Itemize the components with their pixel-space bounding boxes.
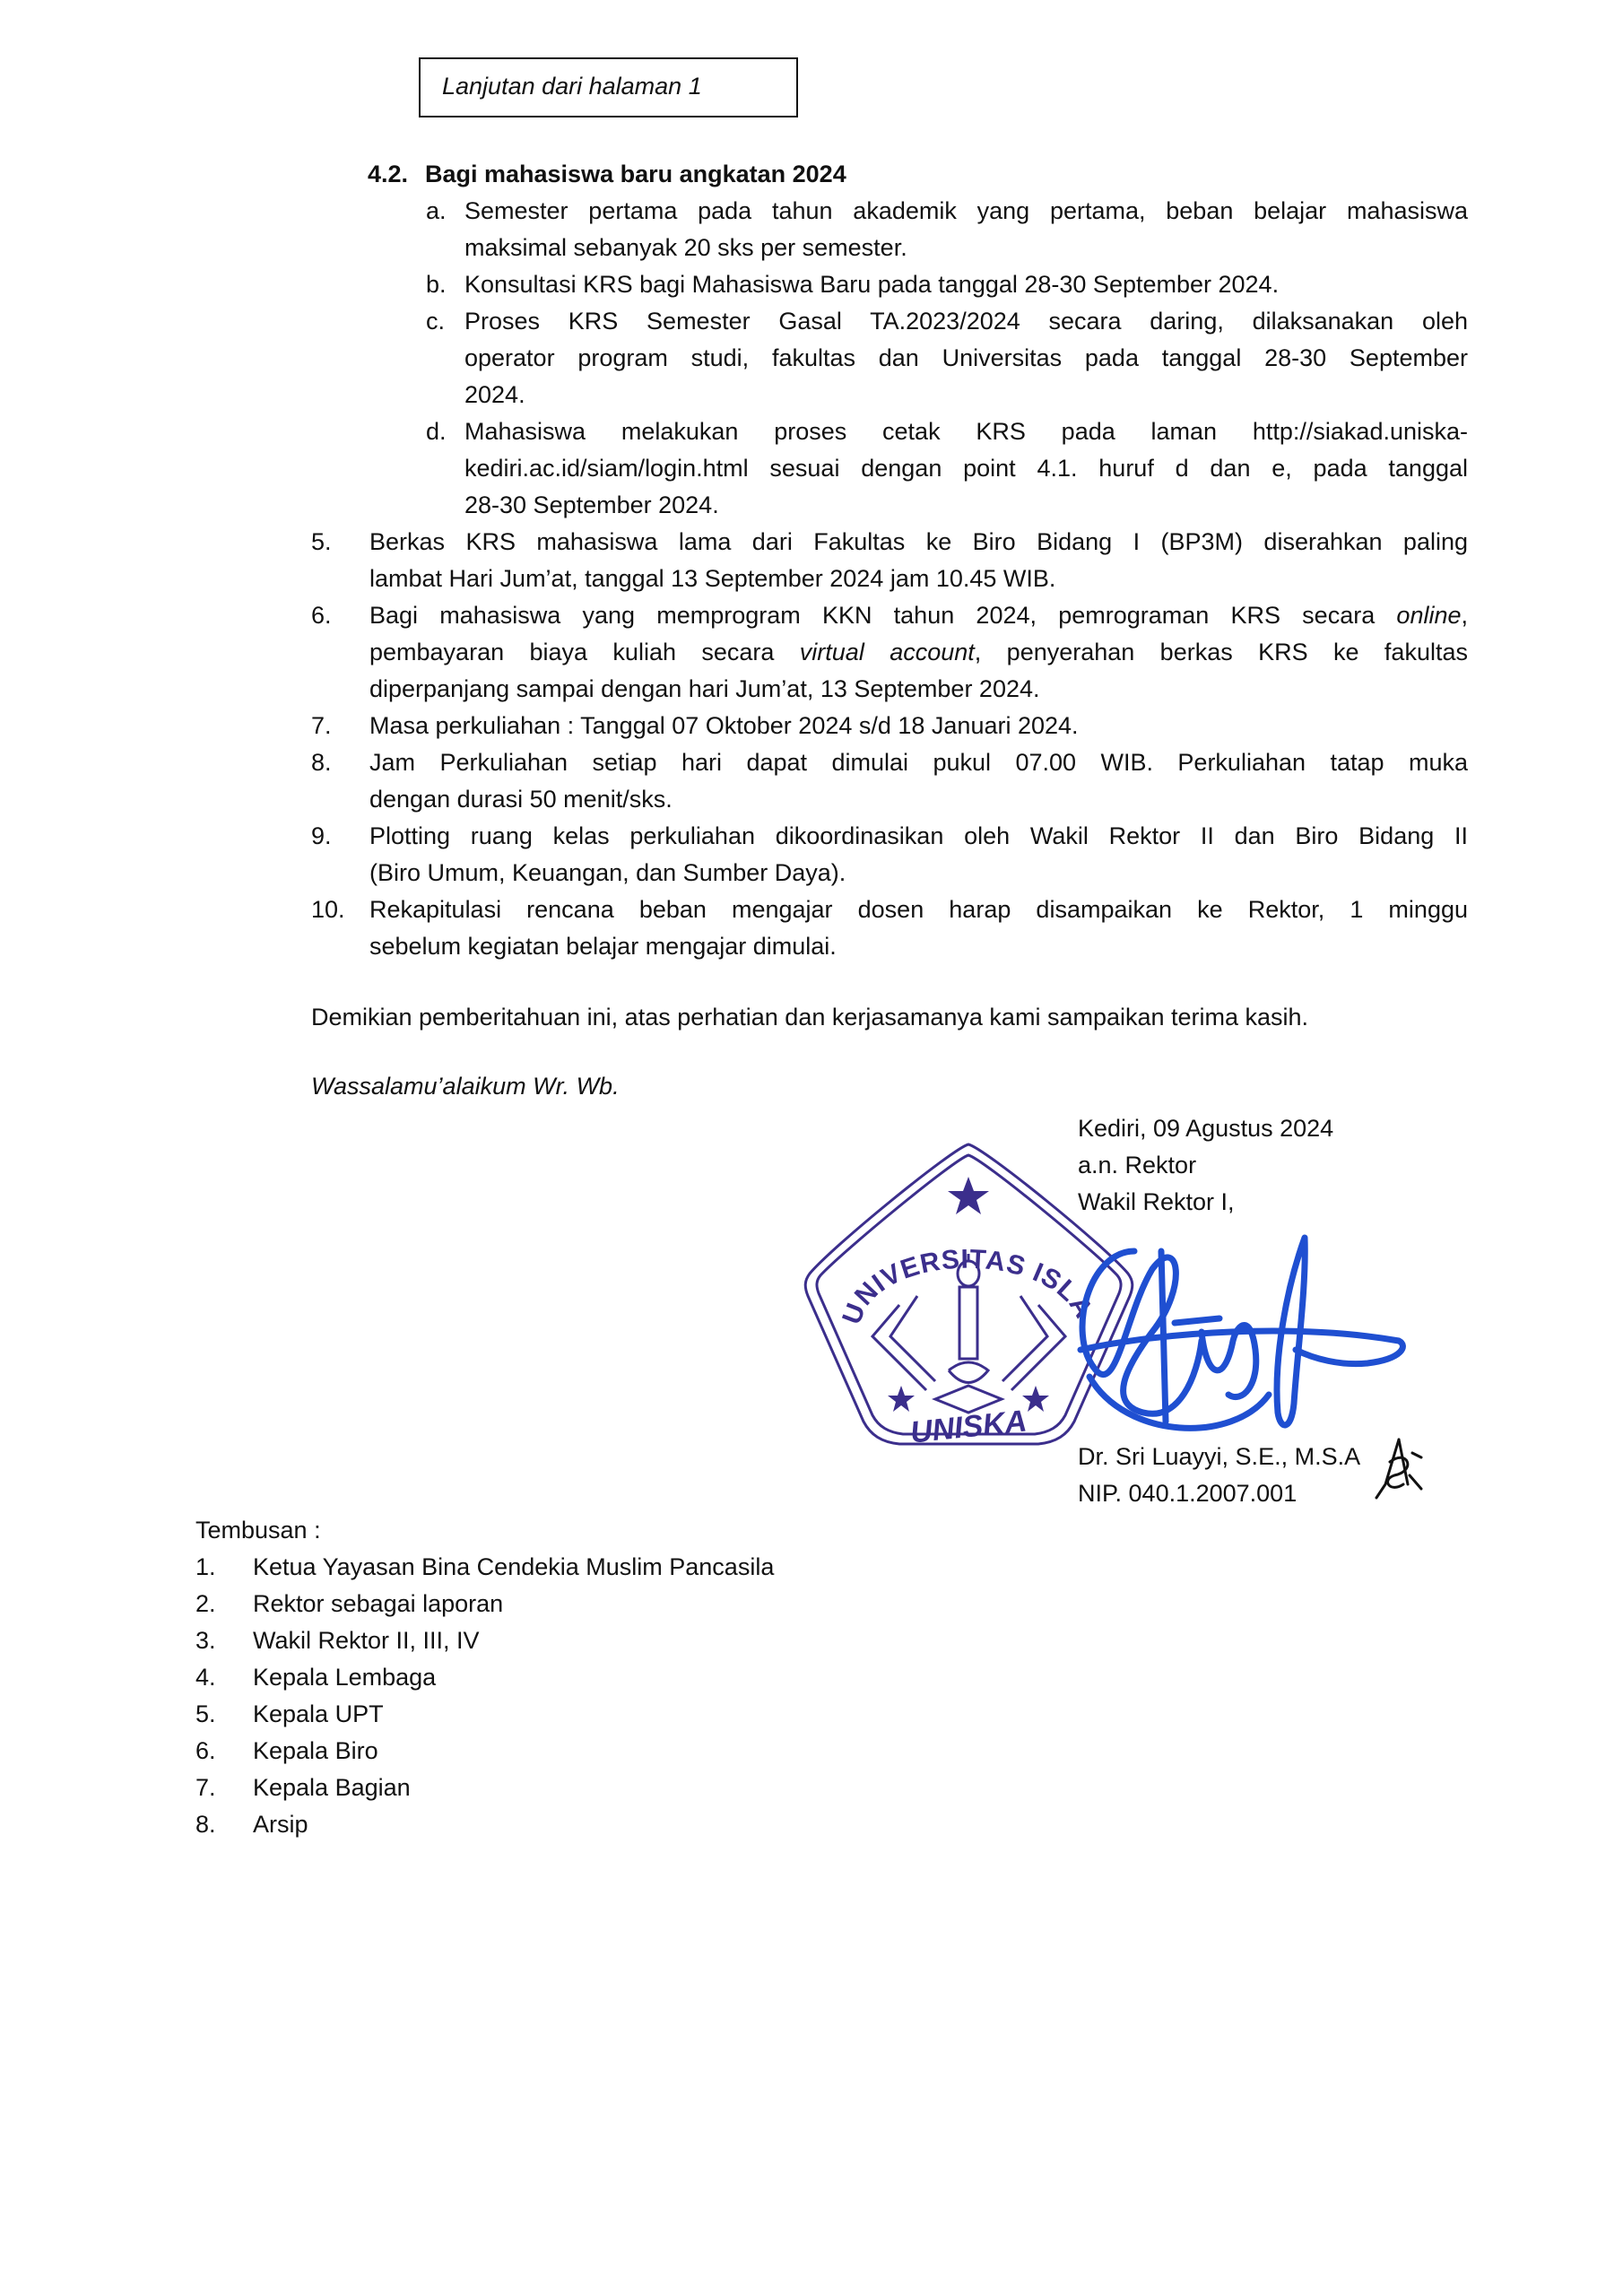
closing-salutation: Wassalamu’alaikum Wr. Wb. bbox=[311, 1071, 620, 1101]
item-8-line-2: dengan durasi 50 menit/sks. bbox=[369, 784, 673, 814]
item-d-line-1: Mahasiswa melakukan proses cetak KRS pad… bbox=[464, 416, 1468, 447]
item-6-line-3: diperpanjang sampai dengan hari Jum’at, … bbox=[369, 674, 1040, 704]
document-page: Lanjutan dari halaman 1 4.2. Bagi mahasi… bbox=[0, 0, 1623, 2296]
item-6-line-2: pembayaran biaya kuliah secara virtual a… bbox=[369, 637, 1468, 667]
tembusan-item: Rektor sebagai laporan bbox=[253, 1588, 503, 1619]
closing-statement: Demikian pemberitahuan ini, atas perhati… bbox=[311, 1002, 1308, 1032]
item-d-line-2: kediri.ac.id/siam/login.html sesuai deng… bbox=[464, 453, 1468, 483]
tembusan-item: Ketua Yayasan Bina Cendekia Muslim Panca… bbox=[253, 1552, 774, 1582]
tembusan-item: Arsip bbox=[253, 1809, 308, 1839]
item-5-line-2: lambat Hari Jum’at, tanggal 13 September… bbox=[369, 563, 1055, 594]
tembusan-number: 3. bbox=[195, 1625, 216, 1656]
item-9-line-1: Plotting ruang kelas perkuliahan dikoord… bbox=[369, 821, 1468, 851]
tembusan-title: Tembusan : bbox=[195, 1515, 321, 1545]
item-10-line-1: Rekapitulasi rencana beban mengajar dose… bbox=[369, 894, 1468, 925]
tembusan-number: 1. bbox=[195, 1552, 216, 1582]
item-marker-a: a. bbox=[426, 196, 447, 226]
item-number-10: 10. bbox=[311, 894, 345, 925]
tembusan-number: 8. bbox=[195, 1809, 216, 1839]
item-6-text-2: pembayaran biaya kuliah secara bbox=[369, 639, 800, 665]
item-a-line-1: Semester pertama pada tahun akademik yan… bbox=[464, 196, 1468, 226]
item-number-7: 7. bbox=[311, 710, 332, 741]
signatory-name: Dr. Sri Luayyi, S.E., M.S.A bbox=[1078, 1441, 1360, 1472]
tembusan-number: 6. bbox=[195, 1735, 216, 1766]
item-marker-b: b. bbox=[426, 269, 447, 300]
item-5-line-1: Berkas KRS mahasiswa lama dari Fakultas … bbox=[369, 526, 1468, 557]
item-10-line-2: sebelum kegiatan belajar mengajar dimula… bbox=[369, 931, 837, 961]
item-6-text-3: , penyerahan berkas KRS ke fakultas bbox=[975, 639, 1468, 665]
signatory-nip: NIP. 040.1.2007.001 bbox=[1078, 1478, 1297, 1509]
item-8-line-1: Jam Perkuliahan setiap hari dapat dimula… bbox=[369, 747, 1468, 778]
item-number-8: 8. bbox=[311, 747, 332, 778]
item-6-italic-online: online bbox=[1396, 602, 1461, 629]
tembusan-number: 7. bbox=[195, 1772, 216, 1803]
item-number-5: 5. bbox=[311, 526, 332, 557]
tembusan-item: Kepala Lembaga bbox=[253, 1662, 436, 1692]
tembusan-item: Kepala UPT bbox=[253, 1699, 384, 1729]
section-number: 4.2. bbox=[368, 159, 408, 189]
item-c-line-2: operator program studi, fakultas dan Uni… bbox=[464, 343, 1468, 373]
item-9-line-2: (Biro Umum, Keuangan, dan Sumber Daya). bbox=[369, 857, 846, 888]
item-7-line-1: Masa perkuliahan : Tanggal 07 Oktober 20… bbox=[369, 710, 1079, 741]
item-6-line-1: Bagi mahasiswa yang memprogram KKN tahun… bbox=[369, 600, 1468, 631]
item-6-punct: , bbox=[1461, 602, 1468, 629]
item-6-italic-virtual-account: virtual account bbox=[800, 639, 975, 665]
item-c-line-1: Proses KRS Semester Gasal TA.2023/2024 s… bbox=[464, 306, 1468, 336]
tembusan-number: 2. bbox=[195, 1588, 216, 1619]
continuation-label: Lanjutan dari halaman 1 bbox=[442, 73, 702, 100]
tembusan-item: Kepala Bagian bbox=[253, 1772, 411, 1803]
continuation-box: Lanjutan dari halaman 1 bbox=[419, 57, 798, 117]
tembusan-item: Kepala Biro bbox=[253, 1735, 378, 1766]
item-number-6: 6. bbox=[311, 600, 332, 631]
item-marker-d: d. bbox=[426, 416, 447, 447]
tembusan-number: 5. bbox=[195, 1699, 216, 1729]
item-b-line-1: Konsultasi KRS bagi Mahasiswa Baru pada … bbox=[464, 269, 1279, 300]
initial-paraf-icon bbox=[1372, 1435, 1426, 1502]
item-c-line-3: 2024. bbox=[464, 379, 525, 410]
tembusan-item: Wakil Rektor II, III, IV bbox=[253, 1625, 480, 1656]
tembusan-number: 4. bbox=[195, 1662, 216, 1692]
item-d-line-3: 28-30 September 2024. bbox=[464, 490, 719, 520]
item-number-9: 9. bbox=[311, 821, 332, 851]
item-a-line-2: maksimal sebanyak 20 sks per semester. bbox=[464, 232, 907, 263]
handwritten-signature-icon bbox=[1072, 1233, 1412, 1448]
section-heading: Bagi mahasiswa baru angkatan 2024 bbox=[425, 159, 846, 189]
item-6-text: Bagi mahasiswa yang memprogram KKN tahun… bbox=[369, 602, 1396, 629]
item-marker-c: c. bbox=[426, 306, 445, 336]
